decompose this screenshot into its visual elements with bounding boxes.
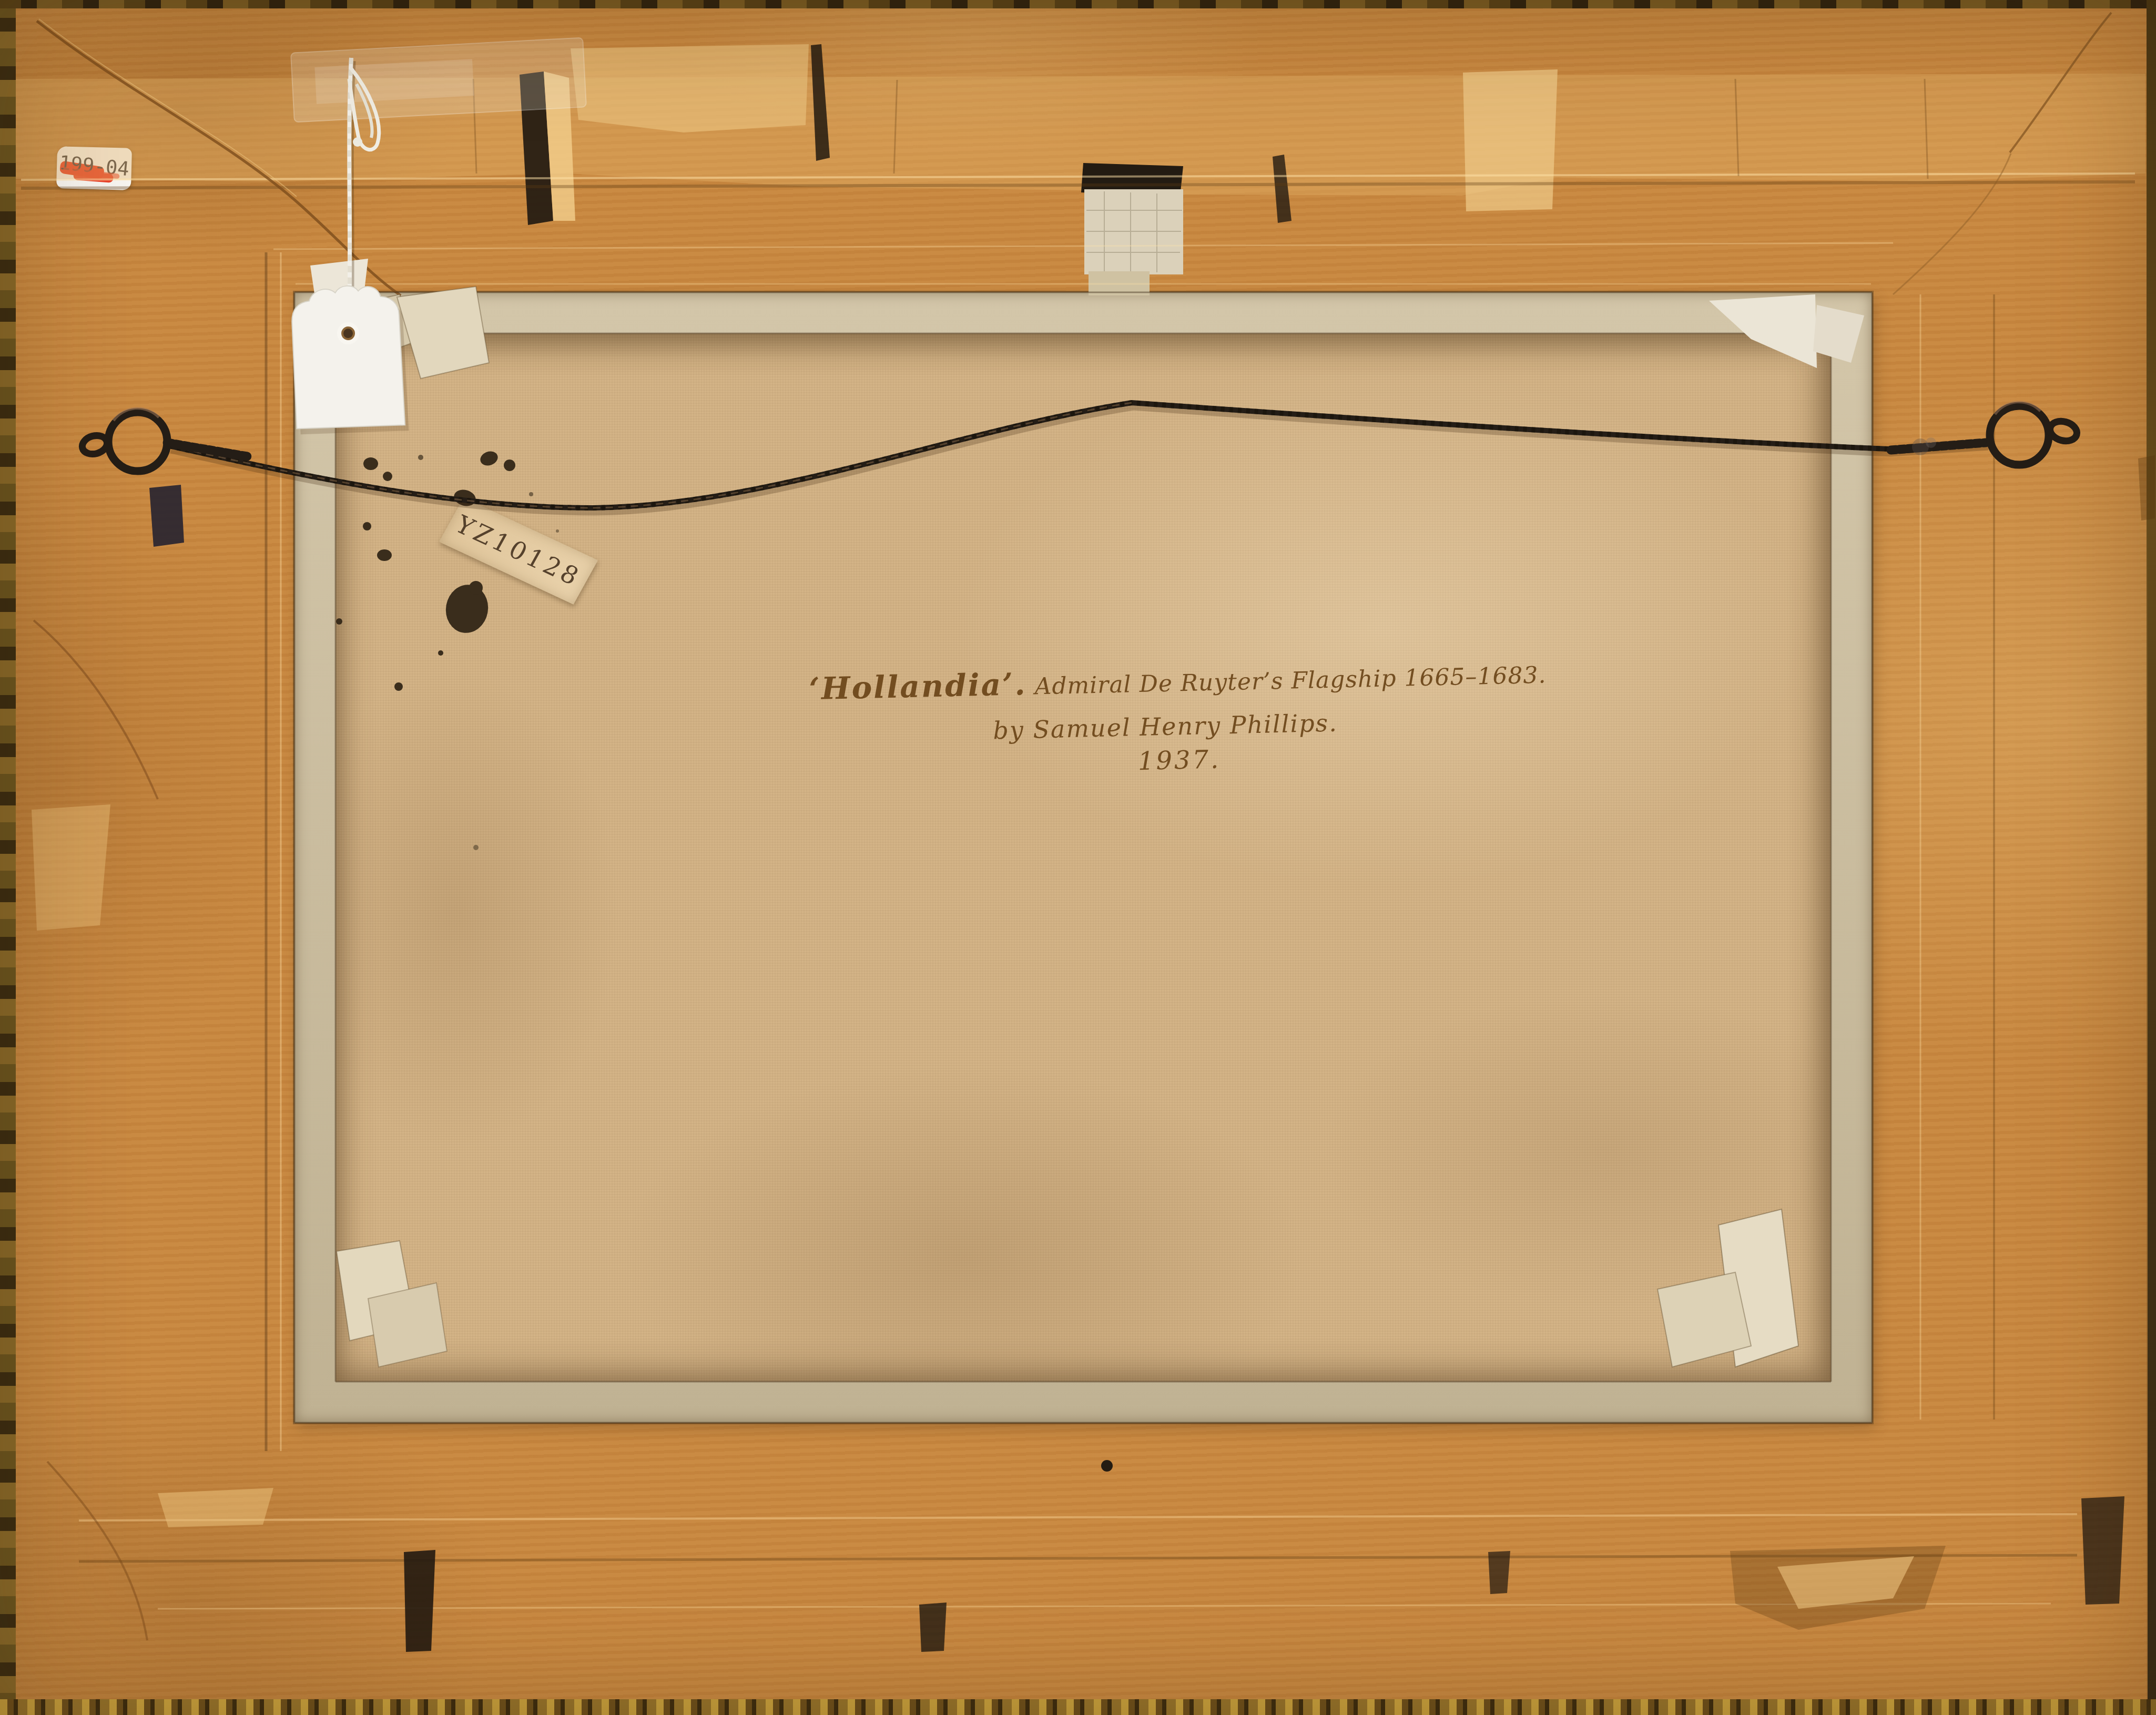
swing-tag — [291, 284, 409, 435]
stretcher-bevels — [294, 292, 1872, 1423]
hanging-wire — [167, 403, 1988, 512]
left-hanging-ring — [80, 409, 167, 471]
clear-tape — [291, 38, 586, 122]
photo-detail-overlay — [0, 0, 2156, 1715]
painting-verso-photo: ‘Hollandia’. Admiral De Ruyter’s Flagshi… — [0, 0, 2156, 1715]
right-hanging-ring — [1990, 402, 2079, 465]
stretcher-keys — [310, 259, 1864, 1367]
torn-paper-bottom — [79, 1460, 2124, 1652]
